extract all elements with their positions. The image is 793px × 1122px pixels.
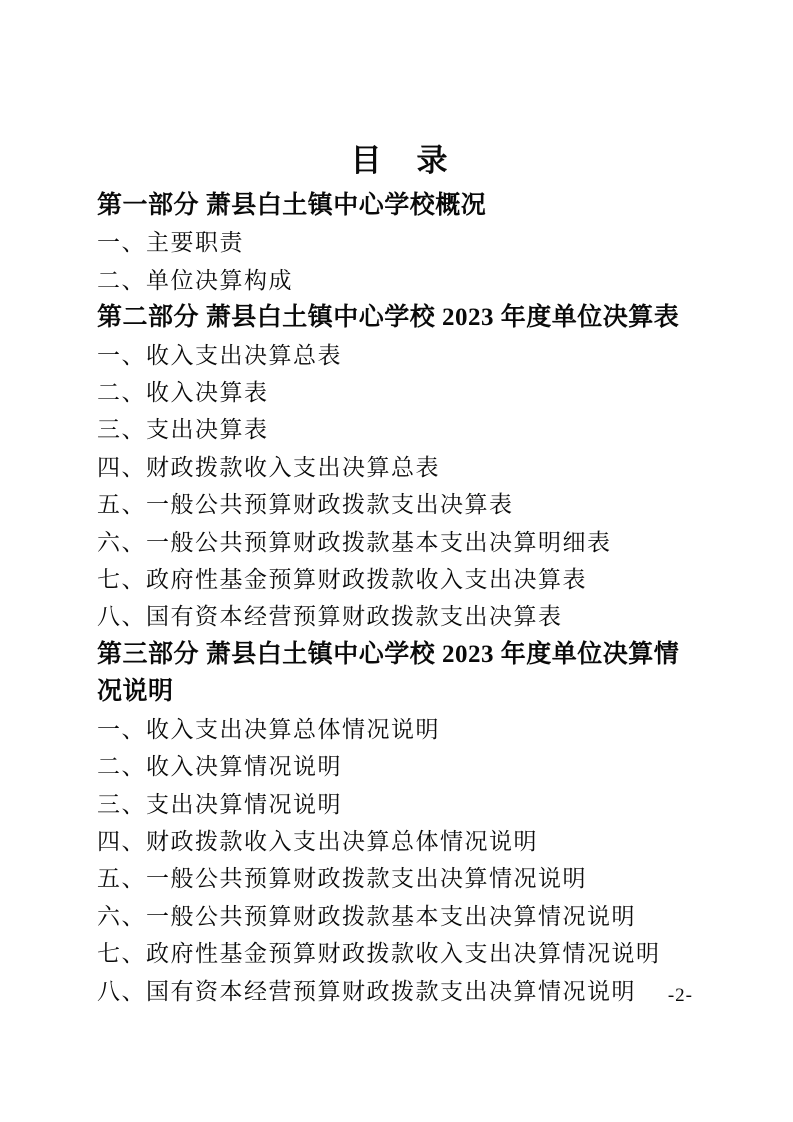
document-page: 目 录 第一部分 萧县白土镇中心学校概况 一、主要职责 二、单位决算构成 第二部… [0, 0, 793, 1122]
page-title: 目 录 [97, 138, 703, 184]
toc-entry: 五、一般公共预算财政拨款支出决算情况说明 [97, 860, 703, 897]
toc-entry: 五、一般公共预算财政拨款支出决算表 [97, 486, 703, 523]
toc-entry: 一、收入支出决算总表 [97, 337, 703, 374]
toc-entry: 一、收入支出决算总体情况说明 [97, 711, 703, 748]
section-heading-part2: 第二部分 萧县白土镇中心学校 2023 年度单位决算表 [97, 299, 703, 336]
toc-entry: 一、主要职责 [97, 224, 703, 261]
page-number: -2- [668, 985, 693, 1007]
toc-entry: 七、政府性基金预算财政拨款收入支出决算表 [97, 561, 703, 598]
toc-entry: 七、政府性基金预算财政拨款收入支出决算情况说明 [97, 935, 703, 972]
toc-entry: 八、国有资本经营预算财政拨款支出决算表 [97, 598, 703, 635]
toc-entry: 六、一般公共预算财政拨款基本支出决算明细表 [97, 524, 703, 561]
section-heading-part1: 第一部分 萧县白土镇中心学校概况 [97, 187, 703, 224]
toc-entry: 三、支出决算表 [97, 411, 703, 448]
toc-entry: 四、财政拨款收入支出决算总表 [97, 449, 703, 486]
toc-entry: 三、支出决算情况说明 [97, 786, 703, 823]
table-of-contents: 目 录 第一部分 萧县白土镇中心学校概况 一、主要职责 二、单位决算构成 第二部… [97, 138, 703, 1010]
toc-entry: 六、一般公共预算财政拨款基本支出决算情况说明 [97, 898, 703, 935]
section-heading-part3: 第三部分 萧县白土镇中心学校 2023 年度单位决算情况说明 [97, 636, 703, 711]
toc-entry: 二、单位决算构成 [97, 262, 703, 299]
toc-entry: 四、财政拨款收入支出决算总体情况说明 [97, 823, 703, 860]
toc-entry: 二、收入决算情况说明 [97, 748, 703, 785]
toc-entry: 二、收入决算表 [97, 374, 703, 411]
toc-entry: 八、国有资本经营预算财政拨款支出决算情况说明 [97, 973, 703, 1010]
